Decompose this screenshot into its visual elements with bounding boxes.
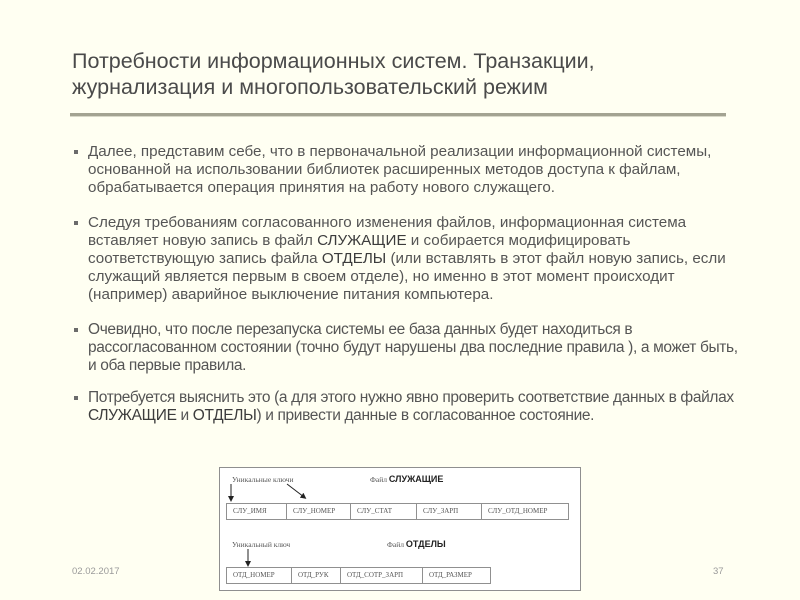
field-cell: СЛУ_ЗАРП (417, 504, 482, 519)
square-bullet-icon (74, 150, 78, 154)
unique-keys-label: Уникальные ключи (232, 475, 294, 484)
page-number: 37 (713, 566, 724, 577)
field-cell: ОТД_СОТР_ЗАРП (341, 568, 423, 583)
departments-file-name: ОТДЕЛЫ (406, 539, 446, 549)
slide-title: Потребности информационных систем. Транз… (72, 48, 732, 100)
footer-date: 02.02.2017 (72, 566, 120, 577)
bullet-text: ) и привести данные в согласованное сост… (256, 407, 594, 424)
keyword-employees: СЛУЖАЩИЕ (88, 407, 177, 424)
field-cell: СЛУ_НОМЕР (287, 504, 351, 519)
field-cell: СЛУ_ОТД_НОМЕР (482, 504, 568, 519)
bullet-item: Очевидно, что после перезапуска системы … (72, 321, 742, 376)
square-bullet-icon (74, 328, 78, 332)
bullet-item: Потребуется выяснить это (а для этого ну… (72, 389, 742, 425)
square-bullet-icon (74, 221, 78, 225)
keyword-departments: ОТДЕЛЫ (322, 250, 386, 267)
bullet-item: Далее, представим себе, что в первоначал… (72, 143, 742, 198)
employees-file-name: СЛУЖАЩИЕ (389, 474, 443, 484)
keyword-departments: ОТДЕЛЫ (193, 407, 257, 424)
bullet-text: и (177, 407, 193, 424)
title-line-2: журнализация и многопользовательский реж… (72, 75, 548, 99)
bullet-text: Очевидно, что после перезапуска системы … (88, 321, 738, 374)
departments-file-caption: Файл ОТДЕЛЫ (387, 539, 446, 549)
departments-record-table: ОТД_НОМЕР ОТД_РУК ОТД_СОТР_ЗАРП ОТД_РАЗМ… (226, 567, 491, 584)
file-structure-diagram: Уникальные ключи Файл СЛУЖАЩИЕ СЛУ_ИМЯ С… (219, 467, 581, 591)
field-cell: СЛУ_СТАТ (351, 504, 417, 519)
bullet-text: Далее, представим себе, что в первоначал… (88, 143, 711, 196)
field-cell: СЛУ_ИМЯ (227, 504, 287, 519)
bullet-list: Далее, представим себе, что в первоначал… (72, 143, 742, 440)
title-line-1: Потребности информационных систем. Транз… (72, 49, 595, 73)
square-bullet-icon (74, 396, 78, 400)
field-cell: ОТД_РУК (292, 568, 341, 583)
field-cell: ОТД_РАЗМЕР (423, 568, 490, 583)
field-cell: ОТД_НОМЕР (227, 568, 292, 583)
keyword-employees: СЛУЖАЩИЕ (317, 232, 407, 249)
unique-key-label: Уникальный ключ (232, 540, 290, 549)
bullet-item: Следуя требованиям согласованного измене… (72, 214, 742, 305)
title-divider (70, 113, 726, 117)
bullet-text: Потребуется выяснить это (а для этого ну… (88, 389, 734, 406)
employees-record-table: СЛУ_ИМЯ СЛУ_НОМЕР СЛУ_СТАТ СЛУ_ЗАРП СЛУ_… (226, 503, 569, 520)
employees-file-caption: Файл СЛУЖАЩИЕ (370, 474, 443, 484)
